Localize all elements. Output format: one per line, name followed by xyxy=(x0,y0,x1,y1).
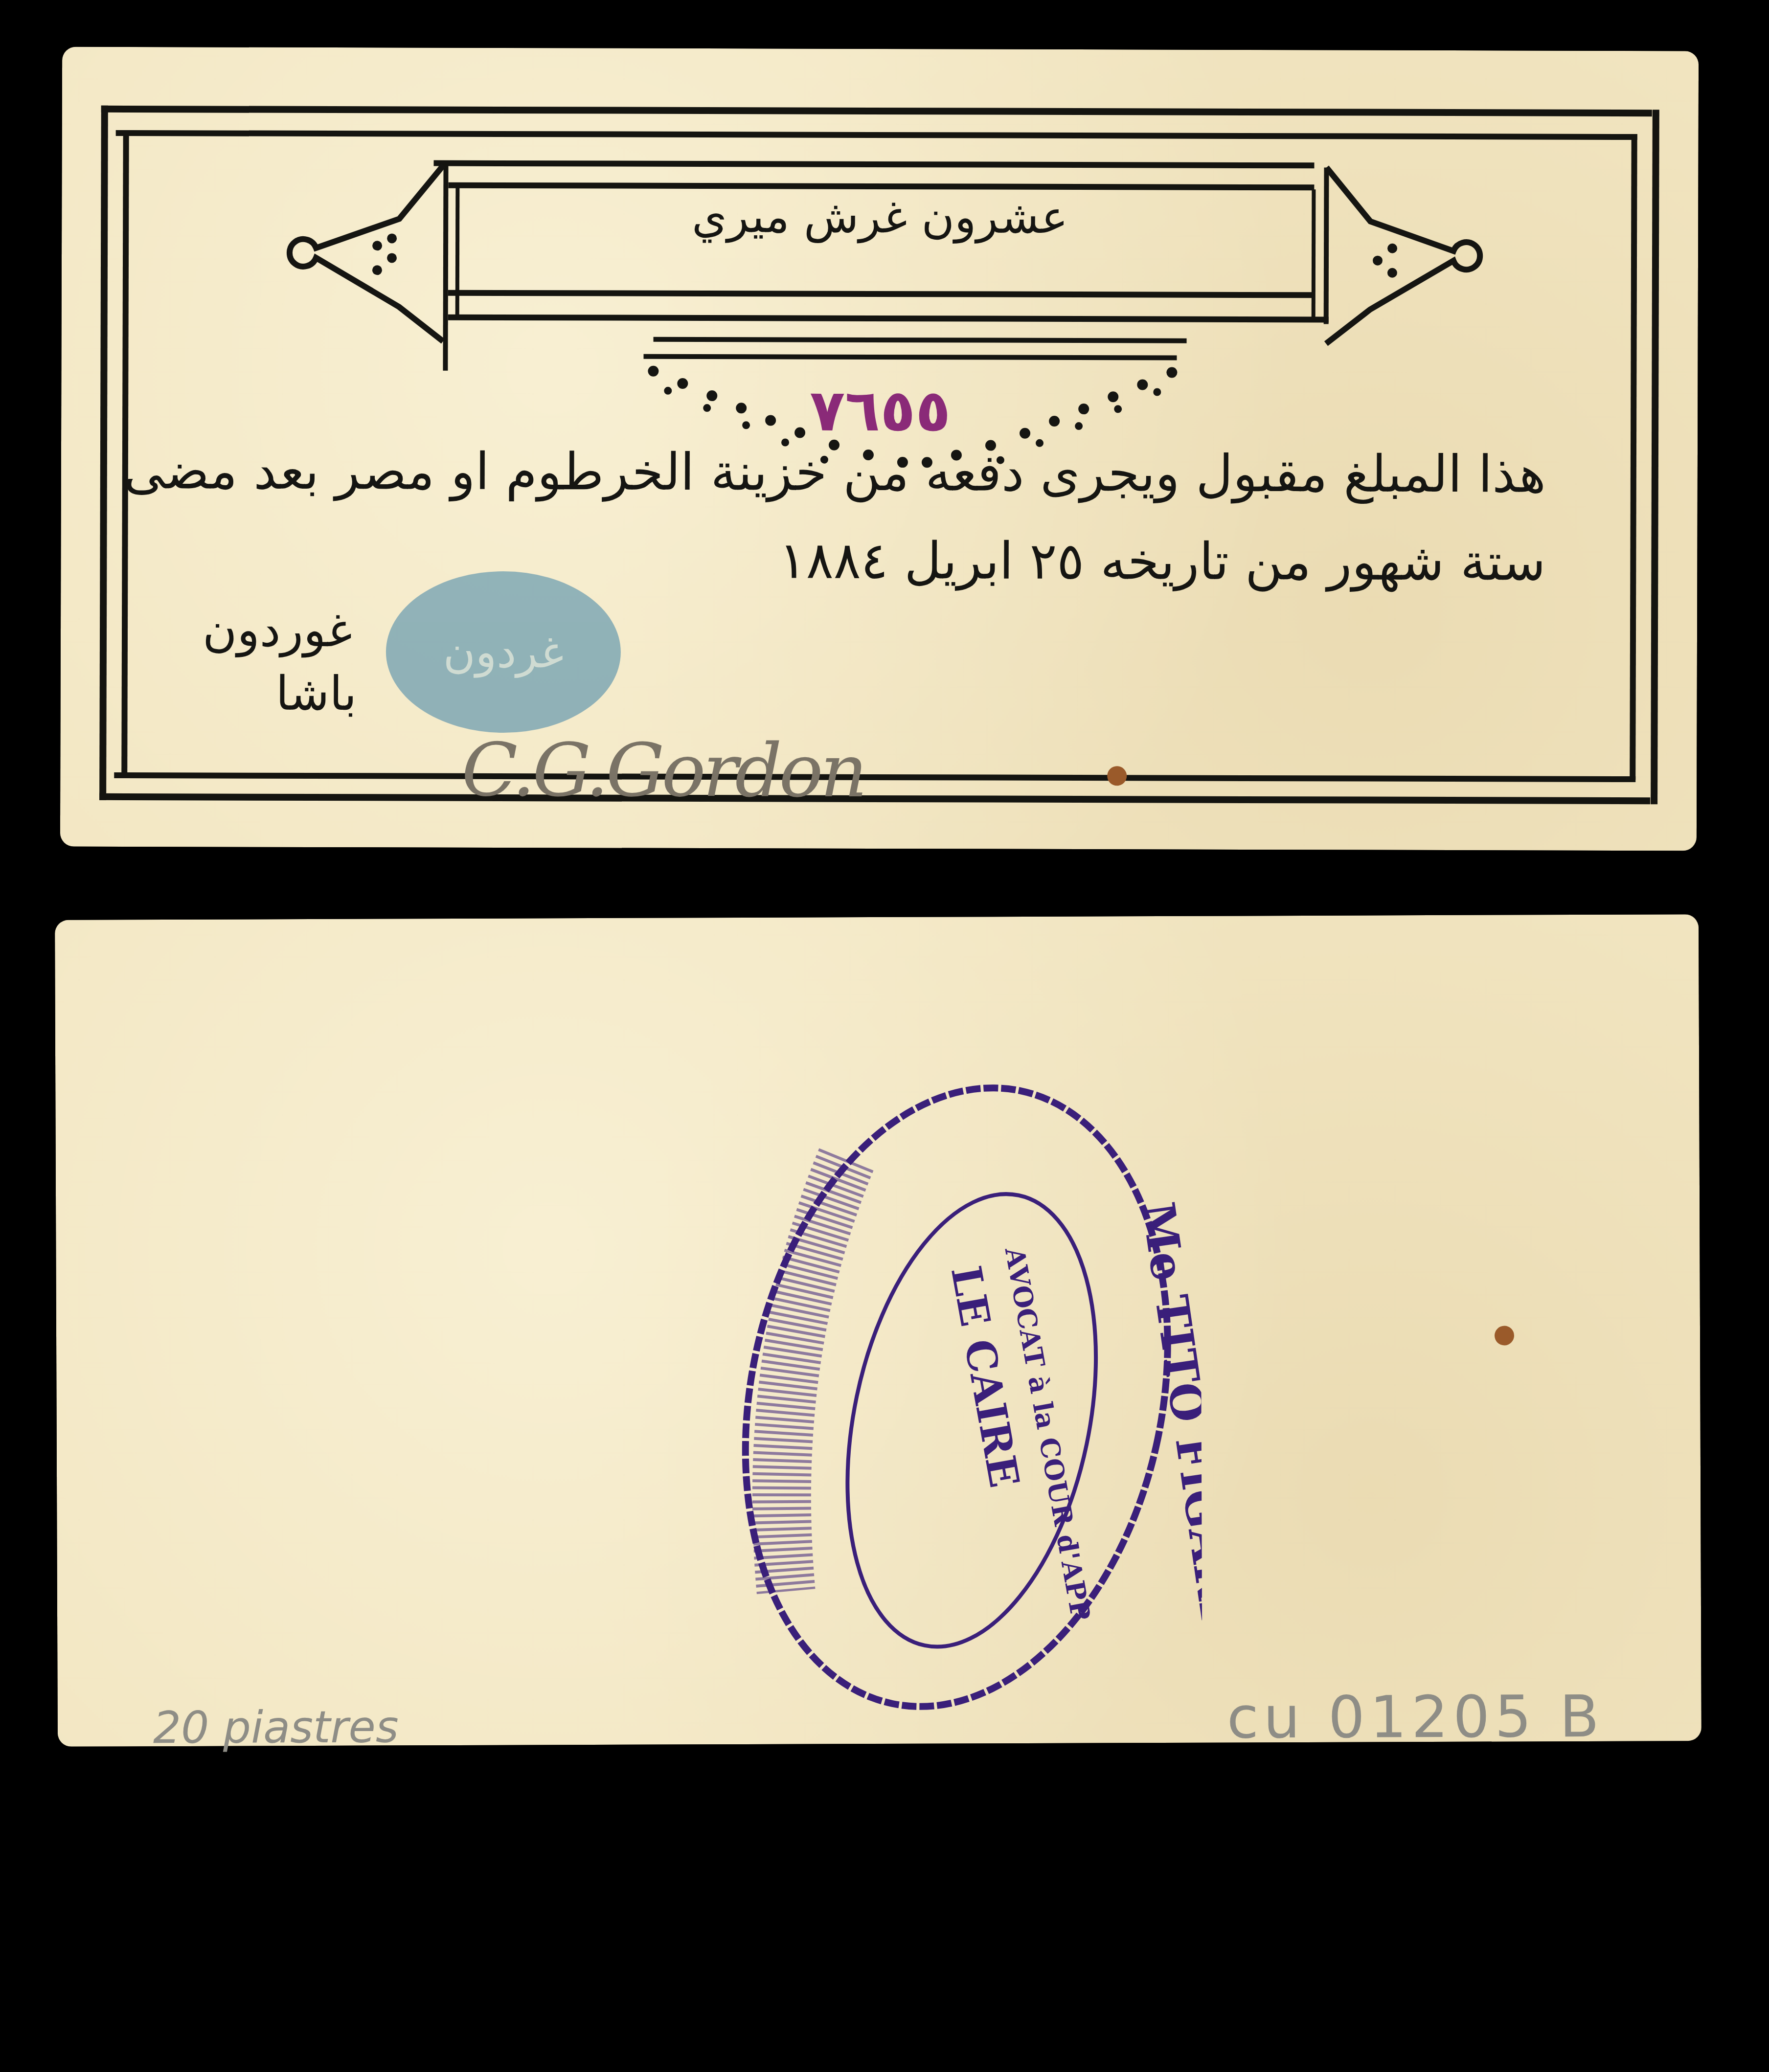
seal-text: غردون xyxy=(443,626,564,678)
signatory-title: باشا xyxy=(276,666,357,721)
banknote-front: عشرون غرش ميري ٧٦٥٥ هذا المبلغ مقبول ويج… xyxy=(60,47,1699,851)
lawyer-handstamp: Me TITO FIGARI AVOCAT à la COUR d'APP. L… xyxy=(701,1058,1202,1735)
cartouche-rule xyxy=(448,315,1329,323)
frame-rule xyxy=(116,130,1637,140)
gordon-seal: غردون xyxy=(386,571,621,733)
serial-number: ٧٦٥٥ xyxy=(810,377,951,445)
ornament-rule xyxy=(654,337,1187,343)
ornament-rule xyxy=(643,354,1177,360)
signatory-name: غوردون xyxy=(203,602,352,657)
cartouche-rule xyxy=(448,182,1314,191)
denomination-title: عشرون غرش ميري xyxy=(62,189,1698,246)
promise-text-line-2: ستة شهور من تاريخه ٢٥ ابريل ١٨٨٤ xyxy=(779,530,1546,592)
frame-rule xyxy=(99,793,1650,804)
foxing-spot xyxy=(1107,766,1127,786)
cartouche-rule xyxy=(434,160,1315,169)
foxing-spot xyxy=(1495,1326,1514,1345)
handwritten-signature: C.G.Gordon xyxy=(461,728,864,814)
cartouche-rule xyxy=(448,290,1314,298)
frame-rule xyxy=(114,772,1635,782)
pencil-denomination-note: 20 piastres xyxy=(153,1701,399,1754)
banknote-back: Me TITO FIGARI AVOCAT à la COUR d'APP. L… xyxy=(55,914,1701,1747)
pencil-catalog-reference: cu 01205 B xyxy=(1227,1683,1604,1752)
frame-rule xyxy=(101,106,1652,116)
cartouche-right-ornament xyxy=(1316,162,1498,349)
stamp-outer-text: Me TITO FIGARI xyxy=(1131,1199,1202,1624)
promise-text-line-1: هذا المبلغ مقبول ويجرى دفعه من خزينة الخ… xyxy=(124,441,1546,504)
cartouche-left-ornament xyxy=(272,160,454,346)
